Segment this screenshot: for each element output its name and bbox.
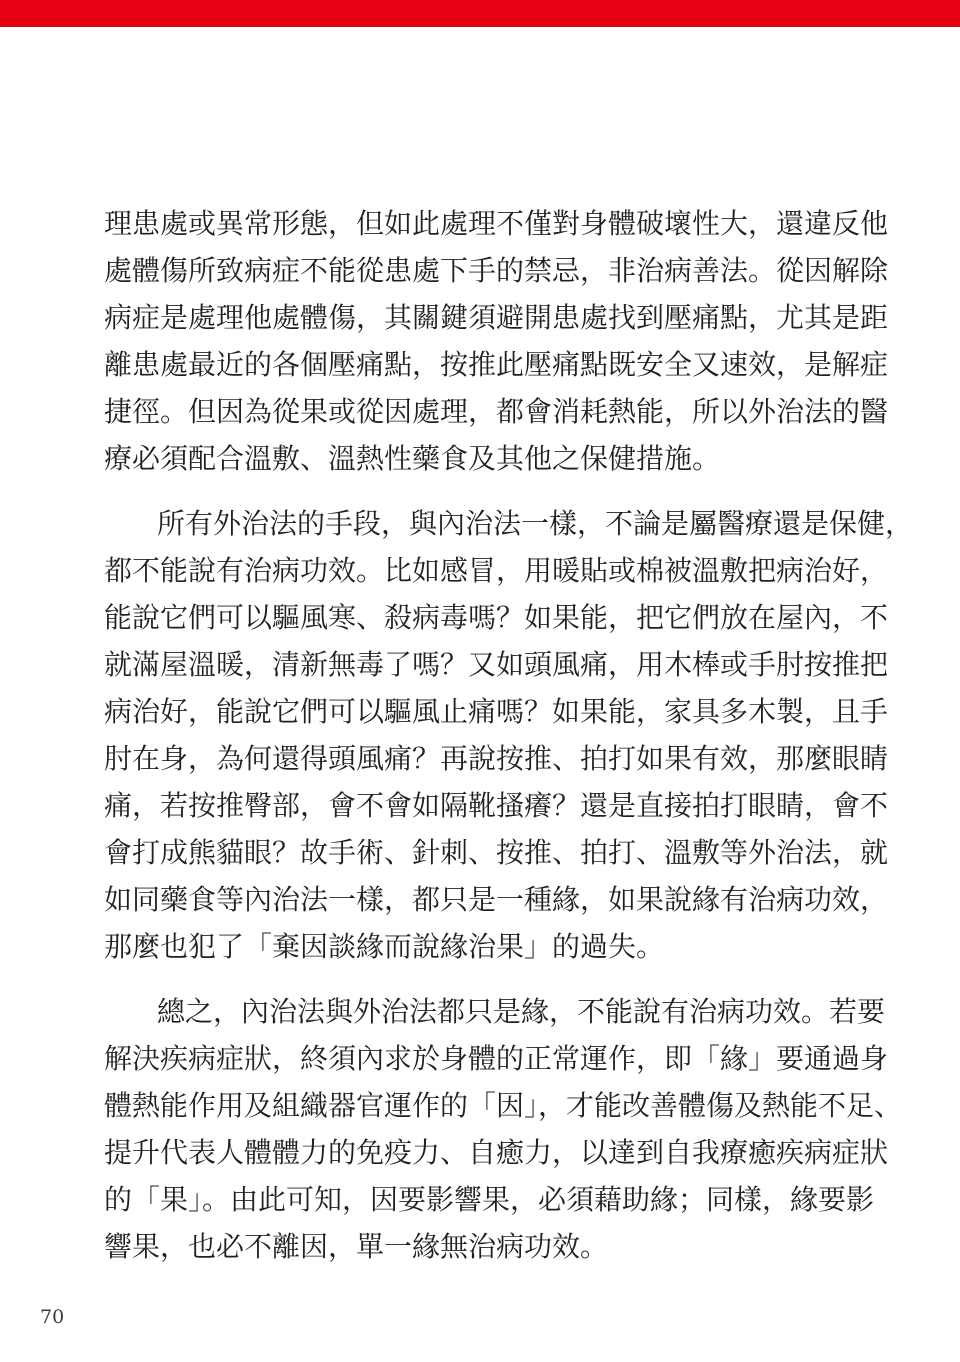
- text-line: 痛，若按推臀部，會不會如隔靴搔癢？還是直接拍打眼睛，會不: [104, 782, 856, 829]
- text-line: 都不能說有治病功效。比如感冒，用暖貼或棉被溫敷把病治好，: [104, 547, 856, 594]
- text-line: 能說它們可以驅風寒、殺病毒嗎？如果能，把它們放在屋內，不: [104, 594, 856, 641]
- text-line: 所有外治法的手段，與內治法一樣，不論是屬醫療還是保健，: [104, 500, 856, 547]
- text-line: 處體傷所致病症不能從患處下手的禁忌，非治病善法。從因解除: [104, 247, 856, 294]
- page-number: 70: [40, 1306, 64, 1328]
- text-line: 肘在身，為何還得頭風痛？再說按推、拍打如果有效，那麼眼睛: [104, 735, 856, 782]
- text-line: 總之，內治法與外治法都只是緣，不能說有治病功效。若要: [104, 988, 856, 1035]
- page-body: 理患處或異常形態，但如此處理不僅對身體破壞性大，還違反他 處體傷所致病症不能從患…: [104, 200, 864, 1288]
- text-line: 那麼也犯了「棄因談緣而說緣治果」的過失。: [104, 923, 864, 970]
- text-line: 會打成熊貓眼？故手術、針刺、按推、拍打、溫敷等外治法，就: [104, 829, 856, 876]
- text-line: 提升代表人體體力的免疫力、自癒力，以達到自我療癒疾病症狀: [104, 1129, 856, 1176]
- paragraph-3: 總之，內治法與外治法都只是緣，不能說有治病功效。若要 解決疾病症狀，終須內求於身…: [104, 988, 864, 1270]
- top-red-bar: [0, 0, 960, 27]
- text-line: 的「果」。由此可知，因要影響果，必須藉助緣；同樣，緣要影: [104, 1176, 856, 1223]
- text-line: 就滿屋溫暖，清新無毒了嗎？又如頭風痛，用木棒或手肘按推把: [104, 641, 856, 688]
- text-line: 療必須配合溫敷、溫熱性藥食及其他之保健措施。: [104, 435, 864, 482]
- text-line: 離患處最近的各個壓痛點，按推此壓痛點既安全又速效，是解症: [104, 341, 856, 388]
- text-line: 捷徑。但因為從果或從因處理，都會消耗熱能，所以外治法的醫: [104, 388, 856, 435]
- text-line: 病症是處理他處體傷，其關鍵須避開患處找到壓痛點，尤其是距: [104, 294, 856, 341]
- text-line: 病治好，能說它們可以驅風止痛嗎？如果能，家具多木製，且手: [104, 688, 856, 735]
- text-line: 響果，也必不離因，單一緣無治病功效。: [104, 1223, 864, 1270]
- paragraph-1: 理患處或異常形態，但如此處理不僅對身體破壞性大，還違反他 處體傷所致病症不能從患…: [104, 200, 864, 482]
- paragraph-2: 所有外治法的手段，與內治法一樣，不論是屬醫療還是保健， 都不能說有治病功效。比如…: [104, 500, 864, 970]
- text-line: 理患處或異常形態，但如此處理不僅對身體破壞性大，還違反他: [104, 200, 856, 247]
- text-line: 解決疾病症狀，終須內求於身體的正常運作，即「緣」要通過身: [104, 1035, 856, 1082]
- text-line: 如同藥食等內治法一樣，都只是一種緣，如果說緣有治病功效，: [104, 876, 856, 923]
- text-line: 體熱能作用及組織器官運作的「因」，才能改善體傷及熱能不足、: [104, 1082, 856, 1129]
